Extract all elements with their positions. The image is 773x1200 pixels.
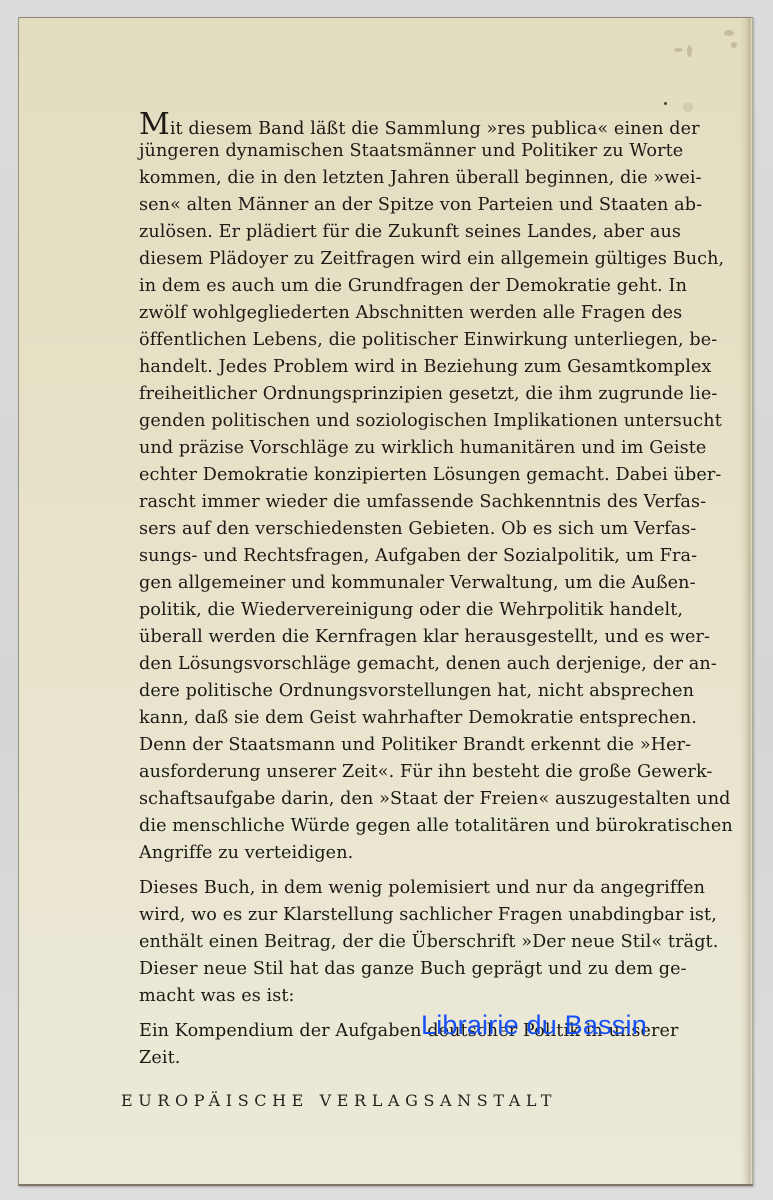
text-line: sers auf den verschiedensten Gebieten. O… [139,516,661,543]
paragraph-2: Dieses Buch, in dem wenig polemisiert un… [139,875,661,1010]
text-line: dere politische Ordnungsvorstellungen ha… [139,678,661,705]
text-line: enthält einen Beitrag, der die Überschri… [139,929,661,956]
text-line: sen« alten Männer an der Spitze von Part… [139,192,661,219]
text-line: zwölf wohlgegliederten Abschnitten werde… [139,300,661,327]
text-line: macht was es ist: [139,983,661,1010]
text-line: zulösen. Er plädiert für die Zukunft sei… [139,219,661,246]
text-line: freiheitlicher Ordnungsprinzipien gesetz… [139,381,661,408]
text-line: in dem es auch um die Grundfragen der De… [139,273,661,300]
book-back-cover: Mit diesem Band läßt die Sammlung »res p… [18,17,753,1186]
stain-mark [687,45,692,57]
text-line: Zeit. [139,1045,661,1072]
drop-cap: M [139,107,170,142]
text-line: Angriffe zu verteidigen. [139,840,661,867]
text-line: sungs- und Rechtsfragen, Aufgaben der So… [139,543,661,570]
text-line: den Lösungsvorschläge gemacht, denen auc… [139,651,661,678]
seller-watermark: Librairie du Bassin [421,1009,647,1041]
publisher-imprint: EUROPÄISCHE VERLAGSANSTALT [121,1091,643,1110]
text-line: Dieses Buch, in dem wenig polemisiert un… [139,875,661,902]
text-line: überall werden die Kernfragen klar herau… [139,624,661,651]
cover-right-edge [740,18,753,1184]
stain-mark [724,30,734,36]
stain-mark [674,48,683,52]
text-line: diesem Plädoyer zu Zeitfragen wird ein a… [139,246,661,273]
text-line: gen allgemeiner und kommunaler Verwaltun… [139,570,661,597]
stain-mark [664,102,667,105]
text-line: Dieser neue Stil hat das ganze Buch gepr… [139,956,661,983]
text-line: öffentlichen Lebens, die politischer Ein… [139,327,661,354]
blurb-text: Mit diesem Band läßt die Sammlung »res p… [139,111,661,1080]
text-line: ausforderung unserer Zeit«. Für ihn best… [139,759,661,786]
text-line: genden politischen und soziologischen Im… [139,408,661,435]
text-line: wird, wo es zur Klarstellung sachlicher … [139,902,661,929]
text-line: jüngeren dynamischen Staatsmänner und Po… [139,138,661,165]
text-line: echter Demokratie konzipierten Lösungen … [139,462,661,489]
text-line: und präzise Vorschläge zu wirklich human… [139,435,661,462]
text-line: kann, daß sie dem Geist wahrhafter Demok… [139,705,661,732]
text-line: Mit diesem Band läßt die Sammlung »res p… [139,111,661,138]
text-line: rascht immer wieder die umfassende Sachk… [139,489,661,516]
text-line: kommen, die in den letzten Jahren überal… [139,165,661,192]
text-line: handelt. Jedes Problem wird in Beziehung… [139,354,661,381]
text-line: schaftsaufgabe darin, den »Staat der Fre… [139,786,661,813]
text-line: Denn der Staatsmann und Politiker Brandt… [139,732,661,759]
text-line: politik, die Wiedervereinigung oder die … [139,597,661,624]
text-line: die menschliche Würde gegen alle totalit… [139,813,661,840]
stain-mark [731,42,737,48]
paragraph-1: Mit diesem Band läßt die Sammlung »res p… [139,111,661,867]
stain-mark [683,102,693,112]
